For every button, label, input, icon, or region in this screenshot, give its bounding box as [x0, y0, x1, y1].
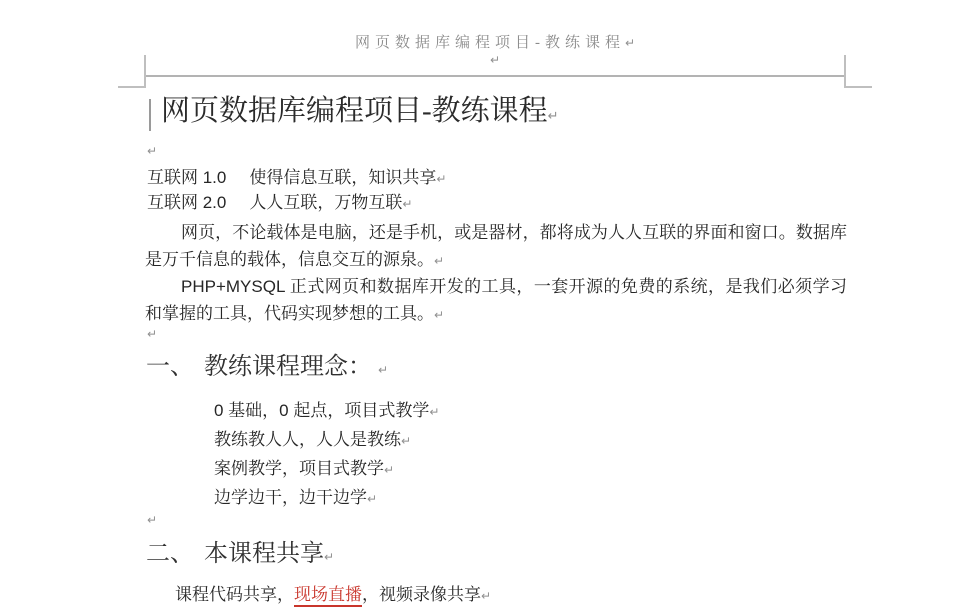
- paragraph-mark-icon: ↵: [625, 36, 635, 50]
- header-empty-paragraph: ↵: [145, 51, 845, 69]
- running-header-text: 网页数据库编程项目-教练课程: [355, 35, 625, 51]
- document-page[interactable]: 网页数据库编程项目-教练课程↵ ↵ 网页数据库编程项目-教练课程↵ ↵ 互联网 …: [0, 0, 973, 608]
- document-title: 网页数据库编程项目-教练课程↵: [161, 94, 559, 134]
- empty-paragraph: ↵: [147, 325, 157, 343]
- margin-mark-left-vertical: [144, 55, 146, 88]
- paragraph-mark-icon: ↵: [401, 434, 411, 448]
- intro-text: 使得信息互联，知识共享: [249, 168, 436, 187]
- paragraph-mark-icon: ↵: [324, 550, 334, 564]
- intro-line-internet-1: 互联网 1.0使得信息互联，知识共享↵: [147, 165, 446, 192]
- paragraph-text: 网页，不论载体是电脑，还是手机，或是器材，都将成为人人互联的界面和窗口。数据库是…: [145, 223, 847, 269]
- section-title: 本课程共享: [204, 541, 324, 567]
- intro-text: 人人互联，万物互联: [249, 193, 402, 212]
- list-item-text: 0 基础，0 起点，项目式教学: [214, 401, 429, 420]
- text-cursor: [149, 99, 151, 131]
- margin-mark-left-horizontal: [118, 86, 145, 88]
- paragraph-mark-icon: ↵: [434, 308, 444, 322]
- margin-mark-right-vertical: [844, 55, 846, 88]
- paragraph-mark-icon: ↵: [481, 589, 491, 603]
- paragraph-mark-icon: ↵: [367, 492, 377, 506]
- list-item-text: 教练教人人，人人是教练: [214, 430, 401, 449]
- running-header: 网页数据库编程项目-教练课程↵: [145, 31, 845, 52]
- list-item: 0 基础，0 起点，项目式教学↵: [214, 398, 439, 427]
- share-line-highlight: 现场直播: [294, 585, 362, 607]
- empty-paragraph: ↵: [147, 511, 157, 529]
- section-number: 二、: [146, 541, 194, 567]
- list-item: 边学边干，边干边学↵: [214, 485, 439, 514]
- paragraph-mark-icon: ↵: [490, 53, 500, 67]
- paragraph-mark-icon: ↵: [147, 327, 157, 341]
- paragraph-mark-icon: ↵: [429, 405, 439, 419]
- paragraph-mark-icon: ↵: [548, 109, 559, 124]
- list-item-text: 边学边干，边干边学: [214, 488, 367, 507]
- intro-line-internet-2: 互联网 2.0人人互联，万物互联↵: [147, 190, 412, 217]
- section-title: 教练课程理念：: [204, 354, 372, 380]
- paragraph-mark-icon: ↵: [402, 197, 412, 211]
- list-item: 教练教人人，人人是教练↵: [214, 427, 439, 456]
- section1-heading: 一、教练课程理念： ↵: [146, 352, 388, 385]
- paragraph-mark-icon: ↵: [378, 363, 388, 377]
- paragraph-text: PHP+MYSQL 正式网页和数据库开发的工具，一套开源的免费的系统，是我们必须…: [145, 277, 847, 323]
- section-number: 一、: [146, 354, 194, 380]
- idea-list: 0 基础，0 起点，项目式教学↵ 教练教人人，人人是教练↵ 案例教学，项目式教学…: [214, 398, 439, 514]
- paragraph-mark-icon: ↵: [147, 144, 157, 158]
- list-item-text: 案例教学，项目式教学: [214, 459, 384, 478]
- document-title-text: 网页数据库编程项目-教练课程: [161, 95, 548, 127]
- share-line-after: ，视频录像共享: [362, 585, 481, 604]
- paragraph-web: 网页，不论载体是电脑，还是手机，或是器材，都将成为人人互联的界面和窗口。数据库是…: [145, 219, 847, 275]
- page-top-boundary-line: [145, 75, 845, 77]
- margin-mark-right-horizontal: [845, 86, 872, 88]
- share-line-before: 课程代码共享，: [175, 585, 294, 604]
- paragraph-mark-icon: ↵: [434, 254, 444, 268]
- paragraph-mark-icon: ↵: [436, 172, 446, 186]
- intro-label: 互联网 1.0: [147, 165, 226, 190]
- paragraph-mark-icon: ↵: [147, 513, 157, 527]
- empty-paragraph: ↵: [147, 142, 157, 160]
- paragraph-mark-icon: ↵: [384, 463, 394, 477]
- section2-heading: 二、本课程共享↵: [146, 539, 334, 572]
- share-line: 课程代码共享，现场直播，视频录像共享↵: [175, 582, 491, 608]
- intro-label: 互联网 2.0: [147, 190, 226, 215]
- paragraph-php-mysql: PHP+MYSQL 正式网页和数据库开发的工具，一套开源的免费的系统，是我们必须…: [145, 273, 847, 329]
- list-item: 案例教学，项目式教学↵: [214, 456, 439, 485]
